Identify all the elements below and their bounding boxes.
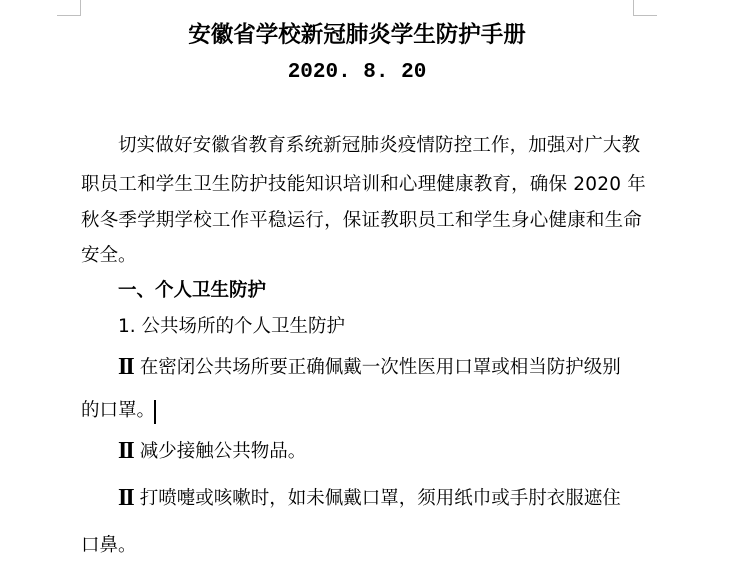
document-title: 安徽省学校新冠肺炎学生防护手册 (0, 21, 714, 49)
section-subheading: 1. 公共场所的个人卫生防护 (118, 315, 345, 339)
bullet-item-1-continuation: 的口罩。 (81, 399, 155, 423)
intro-line-4: 安全。 (81, 244, 137, 268)
bullet-3-text: 打喷嚏或咳嗽时，如未佩戴口罩，须用纸巾或手肘衣服遮住 (140, 488, 621, 509)
text-cursor (154, 400, 156, 424)
document-date-text: 2020. 8. 20 (288, 61, 427, 84)
bullet-1-text: 在密闭公共场所要正确佩戴一次性医用口罩或相当防护级别 (140, 357, 621, 378)
intro-line-3: 秋冬季学期学校工作平稳运行，保证教职员工和学生身心健康和生命 (81, 209, 634, 233)
page-corner-mark-top-left (57, 0, 81, 16)
bullet-marker-icon: II (118, 355, 133, 379)
intro-line-1: 切实做好安徽省教育系统新冠肺炎疫情防控工作，加强对广大教 (118, 134, 634, 158)
document-page[interactable]: 安徽省学校新冠肺炎学生防护手册 2020. 8. 20 切实做好安徽省教育系统新… (0, 0, 737, 570)
bullet-marker-icon: II (118, 439, 133, 463)
document-date: 2020. 8. 20 (0, 60, 714, 86)
bullet-item-1: II在密闭公共场所要正确佩戴一次性医用口罩或相当防护级别 (118, 355, 621, 379)
page-corner-mark-top-right (633, 0, 657, 16)
intro-line-2: 职员工和学生卫生防护技能知识培训和心理健康教育，确保 2020 年 (81, 173, 634, 197)
bullet-2-text: 减少接触公共物品。 (140, 441, 307, 462)
bullet-item-3: II打喷嚏或咳嗽时，如未佩戴口罩，须用纸巾或手肘衣服遮住 (118, 486, 621, 510)
bullet-item-3-continuation: 口鼻。 (81, 534, 137, 558)
bullet-item-2: II减少接触公共物品。 (118, 439, 306, 463)
bullet-marker-icon: II (118, 486, 133, 510)
section-heading: 一、个人卫生防护 (118, 279, 266, 303)
